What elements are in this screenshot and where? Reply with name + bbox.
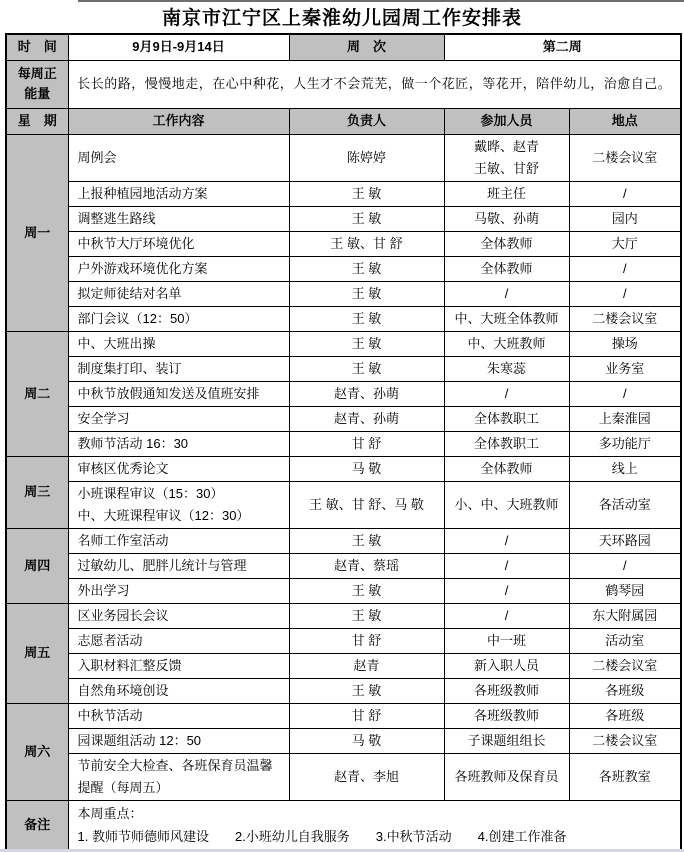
cell-place: 各班教室 [569, 753, 681, 800]
schedule-row: 调整逃生路线王 敏马敬、孙萌园内 [6, 206, 681, 231]
cell-place: 二楼会议室 [569, 134, 681, 181]
day-label: 周一 [6, 134, 68, 331]
cell-participants: 全体教师 [444, 256, 569, 281]
schedule-row: 中秋节大厅环境优化王 敏、甘 舒全体教师大厅 [6, 231, 681, 256]
cell-place: 各班级 [569, 678, 681, 703]
cell-content: 节前安全大检查、各班保育员温馨提醒（每周五） [68, 753, 289, 800]
cell-participants: 全体教师 [444, 456, 569, 481]
cell-content: 部门会议（12：50） [68, 306, 289, 331]
cell-lead: 王 敏 [289, 578, 444, 603]
cell-place: / [569, 281, 681, 306]
cell-content: 志愿者活动 [68, 628, 289, 653]
time-value: 9月9日-9月14日 [68, 34, 289, 60]
remark-content: 本周重点： 1. 教师节师德师风建设 2.小班幼儿自我服务 3.中秋节活动 4.… [68, 800, 681, 850]
cell-place: / [569, 553, 681, 578]
weekly-energy-label-line1: 每周正 [11, 64, 64, 84]
cell-participants: 班主任 [444, 181, 569, 206]
cell-lead: 王 敏 [289, 331, 444, 356]
page-title: 南京市江宁区上秦淮幼儿园周工作安排表 [0, 3, 684, 30]
day-label: 周三 [6, 456, 68, 528]
schedule-row: 户外游戏环境优化方案王 敏全体教师/ [6, 256, 681, 281]
cell-participants: / [444, 381, 569, 406]
meta-row: 时 间 9月9日-9月14日 周 次 第二周 [6, 34, 681, 60]
cell-participants: / [444, 281, 569, 306]
cell-lead: 王 敏 [289, 528, 444, 553]
cell-participants: 子课题组组长 [444, 728, 569, 753]
cell-content: 中秋节大厅环境优化 [68, 231, 289, 256]
schedule-row: 过敏幼儿、肥胖儿统计与管理赵青、蔡瑶// [6, 553, 681, 578]
cell-lead: 甘 舒 [289, 431, 444, 456]
schedule-row: 周六中秋节活动甘 舒各班级教师各班级 [6, 703, 681, 728]
day-label: 周四 [6, 528, 68, 603]
schedule-row: 拟定师徒结对名单王 敏// [6, 281, 681, 306]
cell-lead: 赵青、李旭 [289, 753, 444, 800]
col-header-participants: 参加人员 [444, 108, 569, 134]
cell-content: 安全学习 [68, 406, 289, 431]
cell-lead: 甘 舒 [289, 628, 444, 653]
weekly-energy-label: 每周正 能量 [6, 60, 68, 108]
schedule-row: 节前安全大检查、各班保育员温馨提醒（每周五）赵青、李旭各班教师及保育员各班教室 [6, 753, 681, 800]
schedule-row: 教师节活动 16：30甘 舒全体教职工多功能厅 [6, 431, 681, 456]
cell-participants: / [444, 528, 569, 553]
cell-lead: 王 敏 [289, 281, 444, 306]
cell-place: 天环路园 [569, 528, 681, 553]
weekly-energy-label-line2: 能量 [11, 84, 64, 104]
cell-participants: 中、大班全体教师 [444, 306, 569, 331]
cell-place: 多功能厅 [569, 431, 681, 456]
schedule-row: 园课题组活动 12：50马 敬子课题组组长二楼会议室 [6, 728, 681, 753]
schedule-row: 上报种植园地活动方案王 敏班主任/ [6, 181, 681, 206]
cell-lead: 王 敏 [289, 306, 444, 331]
cell-content: 入职材料汇整反馈 [68, 653, 289, 678]
cell-place: 二楼会议室 [569, 653, 681, 678]
cell-lead: 马 敬 [289, 728, 444, 753]
time-label: 时 间 [6, 34, 68, 60]
cell-participants: 马敬、孙萌 [444, 206, 569, 231]
cell-place: / [569, 381, 681, 406]
cell-content: 拟定师徒结对名单 [68, 281, 289, 306]
col-header-place: 地点 [569, 108, 681, 134]
cell-participants: 中、大班教师 [444, 331, 569, 356]
cell-content: 名师工作室活动 [68, 528, 289, 553]
cell-content: 审核区优秀论文 [68, 456, 289, 481]
cell-content: 调整逃生路线 [68, 206, 289, 231]
cell-lead: 王 敏、甘 舒、马 敬 [289, 481, 444, 528]
cell-content: 教师节活动 16：30 [68, 431, 289, 456]
cell-content: 过敏幼儿、肥胖儿统计与管理 [68, 553, 289, 578]
col-header-content: 工作内容 [68, 108, 289, 134]
cell-lead: 陈婷婷 [289, 134, 444, 181]
weekly-energy-row: 每周正 能量 长长的路，慢慢地走，在心中种花，人生才不会荒芜，做一个花匠，等花开… [6, 60, 681, 108]
cell-participants: / [444, 553, 569, 578]
cell-participants: 各班级教师 [444, 678, 569, 703]
cell-content: 外出学习 [68, 578, 289, 603]
schedule-row: 入职材料汇整反馈赵青新入职人员二楼会议室 [6, 653, 681, 678]
cell-content: 区业务园长会议 [68, 603, 289, 628]
schedule-row: 周四名师工作室活动王 敏/天环路园 [6, 528, 681, 553]
schedule-row: 周一周例会陈婷婷戴晔、赵青王敏、甘舒二楼会议室 [6, 134, 681, 181]
cell-participants: 各班级教师 [444, 703, 569, 728]
cell-lead: 王 敏、甘 舒 [289, 231, 444, 256]
cell-place: 活动室 [569, 628, 681, 653]
cell-place: 东大附属园 [569, 603, 681, 628]
schedule-row: 周二中、大班出操王 敏中、大班教师操场 [6, 331, 681, 356]
cell-content: 中秋节活动 [68, 703, 289, 728]
cell-content: 中、大班出操 [68, 331, 289, 356]
cell-place: 各活动室 [569, 481, 681, 528]
cell-lead: 甘 舒 [289, 703, 444, 728]
cell-participants: 新入职人员 [444, 653, 569, 678]
cell-lead: 王 敏 [289, 181, 444, 206]
cell-place: 各班级 [569, 703, 681, 728]
days-body: 周一周例会陈婷婷戴晔、赵青王敏、甘舒二楼会议室上报种植园地活动方案王 敏班主任/… [6, 134, 681, 800]
cell-place: 大厅 [569, 231, 681, 256]
schedule-table: 时 间 9月9日-9月14日 周 次 第二周 每周正 能量 长长的路，慢慢地走，… [5, 33, 682, 851]
cell-lead: 王 敏 [289, 206, 444, 231]
top-rule [78, 0, 684, 2]
cell-content: 小班课程审议（15：30）中、大班课程审议（12：30） [68, 481, 289, 528]
cell-lead: 王 敏 [289, 356, 444, 381]
schedule-row: 制度集打印、装订王 敏朱寒蕊业务室 [6, 356, 681, 381]
cell-place: / [569, 181, 681, 206]
cell-lead: 赵青、孙萌 [289, 381, 444, 406]
cell-lead: 赵青 [289, 653, 444, 678]
cell-participants: 全体教职工 [444, 406, 569, 431]
col-header-day: 星 期 [6, 108, 68, 134]
cell-participants: 朱寒蕊 [444, 356, 569, 381]
cell-place: 二楼会议室 [569, 306, 681, 331]
cell-content: 户外游戏环境优化方案 [68, 256, 289, 281]
cell-content: 中秋节放假通知发送及值班安排 [68, 381, 289, 406]
cell-place: / [569, 256, 681, 281]
day-label: 周二 [6, 331, 68, 456]
cell-content: 周例会 [68, 134, 289, 181]
day-label: 周六 [6, 703, 68, 800]
remark-line1: 本周重点： [78, 802, 677, 825]
column-header-row: 星 期 工作内容 负责人 参加人员 地点 [6, 108, 681, 134]
cell-content: 园课题组活动 12：50 [68, 728, 289, 753]
schedule-row: 自然角环境创设王 敏各班级教师各班级 [6, 678, 681, 703]
cell-place: 业务室 [569, 356, 681, 381]
cell-content: 上报种植园地活动方案 [68, 181, 289, 206]
schedule-row: 安全学习赵青、孙萌全体教职工上秦淮园 [6, 406, 681, 431]
cell-lead: 赵青、蔡瑶 [289, 553, 444, 578]
schedule-row: 外出学习王 敏/鹤琴园 [6, 578, 681, 603]
cell-lead: 马 敬 [289, 456, 444, 481]
cell-lead: 王 敏 [289, 678, 444, 703]
schedule-row: 小班课程审议（15：30）中、大班课程审议（12：30）王 敏、甘 舒、马 敬小… [6, 481, 681, 528]
cell-lead: 赵青、孙萌 [289, 406, 444, 431]
cell-place: 操场 [569, 331, 681, 356]
cell-participants: / [444, 603, 569, 628]
day-label: 周五 [6, 603, 68, 703]
schedule-row: 部门会议（12：50）王 敏中、大班全体教师二楼会议室 [6, 306, 681, 331]
cell-participants: / [444, 578, 569, 603]
col-header-lead: 负责人 [289, 108, 444, 134]
cell-content: 自然角环境创设 [68, 678, 289, 703]
cell-place: 鹤琴园 [569, 578, 681, 603]
week-number-label: 周 次 [289, 34, 444, 60]
cell-participants: 戴晔、赵青王敏、甘舒 [444, 134, 569, 181]
cell-participants: 各班教师及保育员 [444, 753, 569, 800]
cell-participants: 小、中、大班教师 [444, 481, 569, 528]
cell-lead: 王 敏 [289, 603, 444, 628]
cell-participants: 全体教职工 [444, 431, 569, 456]
cell-place: 园内 [569, 206, 681, 231]
schedule-row: 周五区业务园长会议王 敏/东大附属园 [6, 603, 681, 628]
cell-participants: 全体教师 [444, 231, 569, 256]
cell-content: 制度集打印、装订 [68, 356, 289, 381]
cell-place: 线上 [569, 456, 681, 481]
schedule-row: 志愿者活动甘 舒中一班活动室 [6, 628, 681, 653]
schedule-row: 中秋节放假通知发送及值班安排赵青、孙萌// [6, 381, 681, 406]
cell-lead: 王 敏 [289, 256, 444, 281]
cell-participants: 中一班 [444, 628, 569, 653]
schedule-row: 周三审核区优秀论文马 敬全体教师线上 [6, 456, 681, 481]
remark-label: 备注 [6, 800, 68, 850]
week-number-value: 第二周 [444, 34, 681, 60]
weekly-energy-quote: 长长的路，慢慢地走，在心中种花，人生才不会荒芜，做一个花匠，等花开，陪伴幼儿，治… [68, 60, 681, 108]
cell-place: 二楼会议室 [569, 728, 681, 753]
remark-row: 备注 本周重点： 1. 教师节师德师风建设 2.小班幼儿自我服务 3.中秋节活动… [6, 800, 681, 850]
cell-place: 上秦淮园 [569, 406, 681, 431]
remark-line2: 1. 教师节师德师风建设 2.小班幼儿自我服务 3.中秋节活动 4.创建工作准备 [78, 825, 677, 848]
